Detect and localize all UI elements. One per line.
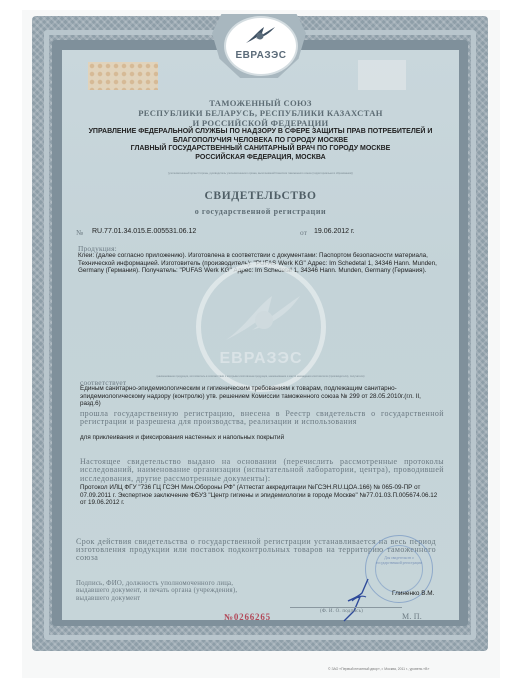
authority-caption: (уполномоченный орган Стороны, руководит… [62, 172, 459, 175]
compliance-text: Единым санитарно-эпидемиологическим и ги… [80, 385, 442, 408]
document-title: СВИДЕТЕЛЬСТВО [62, 190, 459, 202]
blank-serial-number: №0266265 [224, 612, 271, 622]
seal-label: М. П. [402, 612, 422, 621]
authority-line: УПРАВЛЕНИЕ ФЕДЕРАЛЬНОЙ СЛУЖБЫ ПО НАДЗОРУ… [62, 128, 459, 137]
fio-caption: (Ф. И. О. подпись) [320, 608, 363, 615]
logo-text: ЕВРАЗЭС [224, 50, 298, 61]
registration-statement: прошла государственную регистрацию, внес… [80, 410, 444, 427]
signature-caption-line: Подпись, ФИО, должность уполномоченного … [76, 580, 286, 587]
number-label: № [76, 228, 83, 237]
date-label: от [300, 228, 307, 237]
security-pattern-right [358, 60, 406, 90]
basis-documents: Протокол ИЛЦ ФГУ "736 ГЦ ГСЭН Мин.Оборон… [80, 484, 444, 507]
customs-union-heading: ТАМОЖЕННЫЙ СОЮЗ РЕСПУБЛИКИ БЕЛАРУСЬ, РЕС… [62, 98, 459, 128]
basis-intro: Настоящее свидетельство выдано на основа… [80, 458, 444, 483]
union-line: ТАМОЖЕННЫЙ СОЮЗ [62, 98, 459, 108]
union-line: РЕСПУБЛИКИ БЕЛАРУСЬ, РЕСПУБЛИКИ КАЗАХСТА… [62, 108, 459, 118]
watermark-text: ЕВРАЗЭС [196, 350, 326, 368]
registration-number: RU.77.01.34.015.Е.005531.06.12 [92, 228, 196, 236]
union-line: И РОССИЙСКОЙ ФЕДЕРАЦИИ [62, 118, 459, 128]
authority-heading: УПРАВЛЕНИЕ ФЕДЕРАЛЬНОЙ СЛУЖБЫ ПО НАДЗОРУ… [62, 128, 459, 162]
signature-caption-line: выдавшего документ [76, 595, 286, 602]
document-subtitle: о государственной регистрации [62, 207, 459, 216]
registration-date: 19.06.2012 г. [314, 228, 355, 236]
signature-icon [338, 575, 378, 623]
stamp-text: Для свидетельств о государственной регис… [375, 545, 423, 593]
signatory-name: Глиненко В.М. [392, 590, 434, 598]
authority-line: РОССИЙСКАЯ ФЕДЕРАЦИЯ, МОСКВА [62, 154, 459, 163]
security-pattern [88, 62, 158, 90]
watermark-emblem-icon [222, 292, 302, 344]
authority-line: БЛАГОПОЛУЧИЯ ЧЕЛОВЕКА ПО ГОРОДУ МОСКВЕ [62, 137, 459, 146]
usage-purpose: для приклеивания и фиксирования настенны… [80, 434, 442, 442]
signature-caption: Подпись, ФИО, должность уполномоченного … [76, 580, 286, 602]
authority-line: ГЛАВНЫЙ ГОСУДАРСТВЕННЫЙ САНИТАРНЫЙ ВРАЧ … [62, 145, 459, 154]
eurasec-emblem-icon [244, 25, 276, 45]
signature-caption-line: выдавшего документ, и печать органа (учр… [76, 587, 286, 594]
printer-footer: © ЗАО «Первый печатный двор», г. Москва,… [328, 667, 429, 671]
